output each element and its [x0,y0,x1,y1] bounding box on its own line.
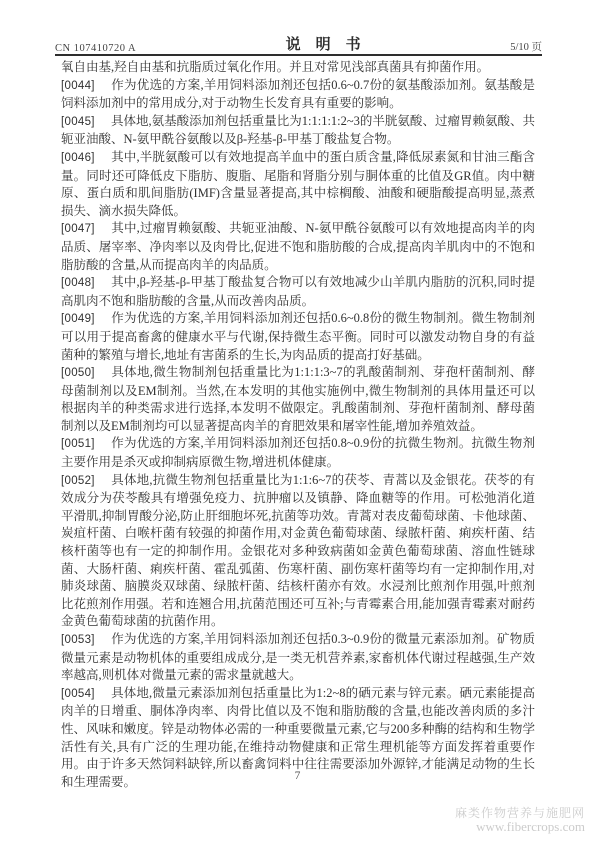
paragraph: [0048]其中,β-羟基-β-甲基丁酸盐复合物可以有效地减少山羊肌内脂肪的沉积… [61,274,535,310]
page-indicator: 5/10 页 [510,39,542,54]
paragraph-text: 作为优选的方案,羊用饲料添加剂还包括0.8~0.9份的抗微生物剂。抗微生物剂主要… [61,436,535,469]
patent-specification-page: CN 107410720 A 说明书 5/10 页 氧自由基,羟自由基和抗脂质过… [0,0,595,842]
paragraph-text: 具体地,抗微生物剂包括重量比为1:1:6~7的茯苓、青蒿以及金银花。茯苓的有效成… [61,473,535,629]
paragraph-text: 其中,β-羟基-β-甲基丁酸盐复合物可以有效地减少山羊肌内脂肪的沉积,同时提高肌… [61,275,535,308]
paragraph-text: 具体地,氨基酸添加剂包括重量比为1:1:1:1:2~3的半胱氨酸、过瘤胃赖氨酸、… [61,114,535,147]
paragraph-number: [0050] [61,365,111,383]
paragraph-text: 氧自由基,羟自由基和抗脂质过氧化作用。并且对常见浅部真菌具有抑菌作用。 [61,60,489,74]
page-number: 7 [295,770,301,782]
paragraph: [0045]具体地,氨基酸添加剂包括重量比为1:1:1:1:2~3的半胱氨酸、过… [61,113,535,149]
paragraph-text: 作为优选的方案,羊用饲料添加剂还包括0.3~0.9份的微量元素添加剂。矿物质微量… [61,632,535,682]
paragraph: [0044]作为优选的方案,羊用饲料添加剂还包括0.6~0.7份的氨基酸添加剂。… [61,77,535,113]
paragraph-number: [0046] [61,150,111,168]
paragraph-text: 作为优选的方案,羊用饲料添加剂还包括0.6~0.7份的氨基酸添加剂。氨基酸是饲料… [61,78,535,111]
paragraph-text: 具体地,微生物制剂包括重量比为1:1:1:3~7的乳酸菌制剂、芽孢杆菌制剂、酵母… [61,365,535,433]
paragraph-number: [0047] [61,221,111,239]
page-header: CN 107410720 A 说明书 5/10 页 [55,34,542,54]
paragraph-number: [0048] [61,275,111,293]
paragraph-text: 作为优选的方案,羊用饲料添加剂还包括0.6~0.8份的微生物制剂。微生物制剂可以… [61,311,535,361]
watermark: 麻类作物营养与施肥网 www.fibercrops.com [455,806,585,834]
paragraph-number: [0049] [61,311,111,329]
page-footer: 7 [0,770,595,782]
paragraph: [0053]作为优选的方案,羊用饲料添加剂还包括0.3~0.9份的微量元素添加剂… [61,631,535,685]
paragraph-text: 其中,过瘤胃赖氨酸、共轭亚油酸、N-氨甲酰谷氨酸可以有效地提高肉羊的肉品质、屠宰… [61,221,535,271]
paragraph: [0050]具体地,微生物制剂包括重量比为1:1:1:3~7的乳酸菌制剂、芽孢杆… [61,364,535,435]
paragraph: [0046]其中,半胱氨酸可以有效地提高羊血中的蛋白质含量,降低尿素氮和甘油三酯… [61,149,535,220]
paragraph-number: [0053] [61,632,111,650]
paragraph: [0051]作为优选的方案,羊用饲料添加剂还包括0.8~0.9份的抗微生物剂。抗… [61,435,535,471]
watermark-site-url: www.fibercrops.com [455,820,585,834]
document-title: 说明书 [271,33,376,54]
header-divider [55,54,542,56]
paragraph-number: [0054] [61,686,111,704]
paragraph-number: [0044] [61,78,111,96]
paragraph-number: [0045] [61,114,111,132]
paragraph-number: [0052] [61,473,111,491]
specification-body: 氧自由基,羟自由基和抗脂质过氧化作用。并且对常见浅部真菌具有抑菌作用。 [004… [61,59,535,791]
paragraph-number: [0051] [61,436,111,454]
paragraph: [0052]具体地,抗微生物剂包括重量比为1:1:6~7的茯苓、青蒿以及金银花。… [61,472,535,631]
paragraph: [0049]作为优选的方案,羊用饲料添加剂还包括0.6~0.8份的微生物制剂。微… [61,310,535,364]
paragraph-text: 其中,半胱氨酸可以有效地提高羊血中的蛋白质含量,降低尿素氮和甘油三酯含量。同时还… [61,150,535,218]
paragraph: 氧自由基,羟自由基和抗脂质过氧化作用。并且对常见浅部真菌具有抑菌作用。 [61,59,535,77]
patent-number: CN 107410720 A [55,43,136,54]
paragraph: [0047]其中,过瘤胃赖氨酸、共轭亚油酸、N-氨甲酰谷氨酸可以有效地提高肉羊的… [61,220,535,274]
watermark-site-name: 麻类作物营养与施肥网 [455,806,585,820]
